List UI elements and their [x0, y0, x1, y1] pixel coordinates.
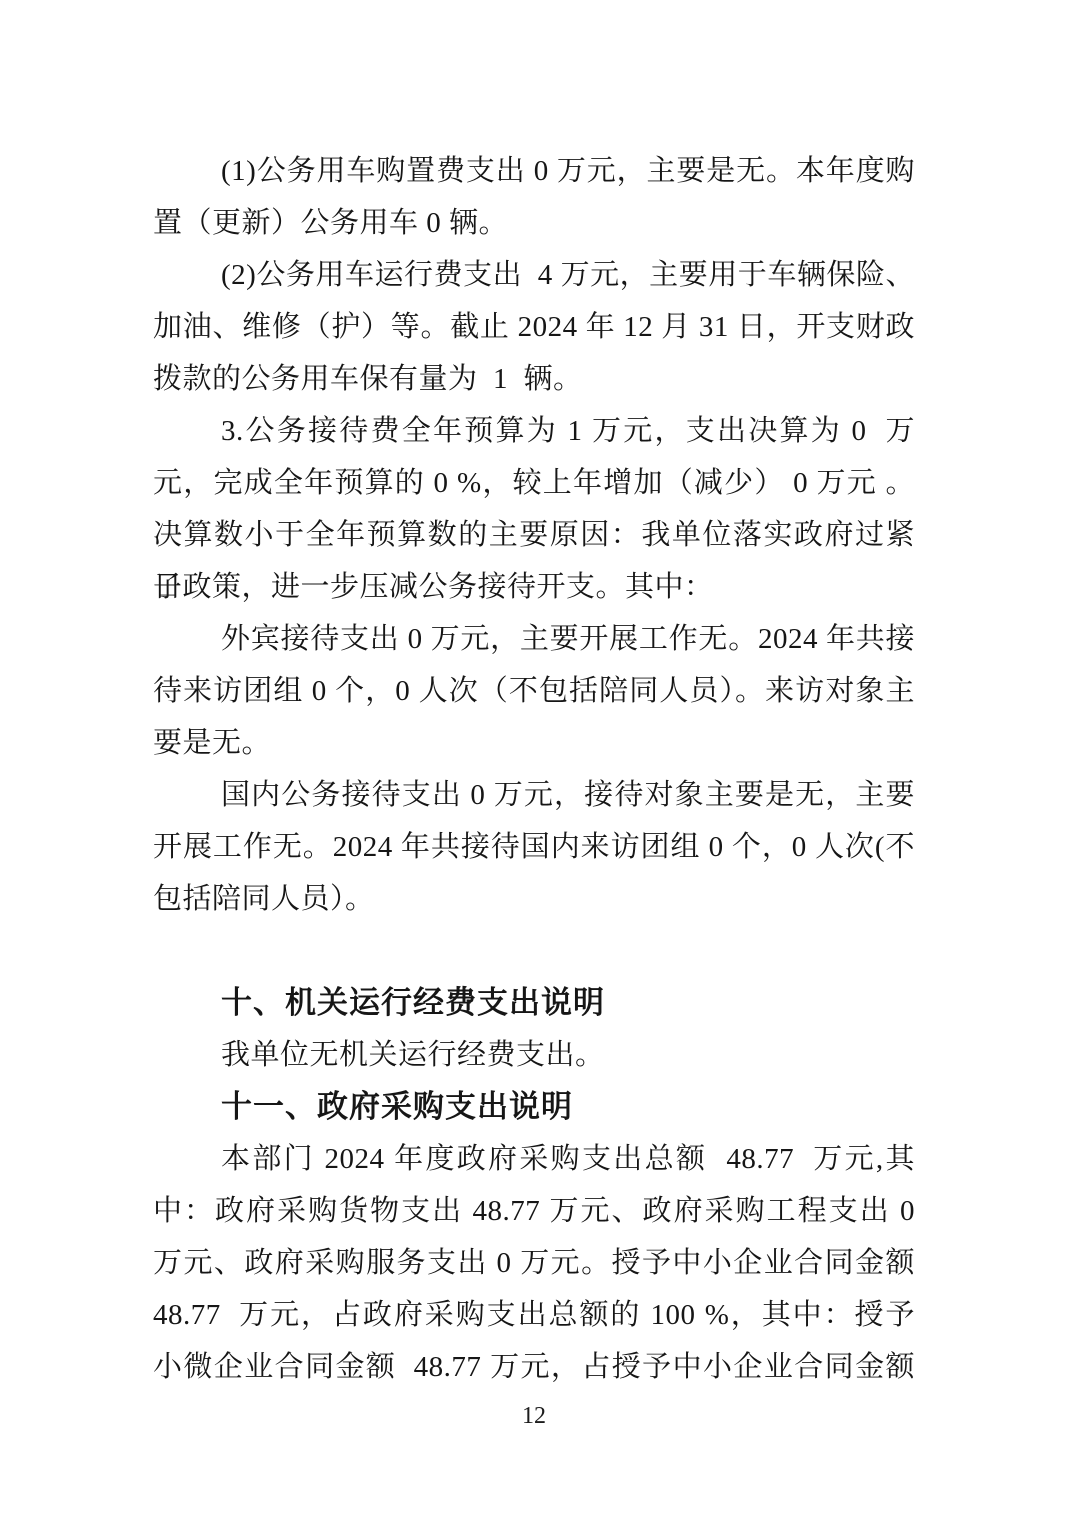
- text-line: 要是无。: [153, 717, 915, 769]
- paragraph-official-reception-budget: 3.公务接待费全年预算为 1 万元，支出决算为 0 万 元，完成全年预算的 0 …: [153, 405, 915, 613]
- text-line: 开展工作无。2024 年共接待国内来访团组 0 个，0 人次(不: [153, 821, 915, 873]
- text-line: 元，完成全年预算的 0 %，较上年增加（减少） 0 万元 。: [153, 457, 915, 509]
- section-11-heading: 十一、政府采购支出说明: [153, 1081, 915, 1133]
- document-page: (1)公务用车购置费支出 0 万元，主要是无。本年度购 置（更新）公务用车 0 …: [0, 0, 1074, 1520]
- blank-line: [153, 925, 915, 977]
- text-line: 加油、维修（护）等。截止 2024 年 12 月 31 日，开支财政: [153, 301, 915, 353]
- paragraph-domestic-reception: 国内公务接待支出 0 万元，接待对象主要是无，主要 开展工作无。2024 年共接…: [153, 769, 915, 925]
- text-line: 子政策，进一步压减公务接待开支。其中：: [153, 561, 915, 613]
- text-line: (2)公务用车运行费支出 4 万元，主要用于车辆保险、: [153, 249, 915, 301]
- text-line: 3.公务接待费全年预算为 1 万元，支出决算为 0 万: [153, 405, 915, 457]
- text-line: 本部门 2024 年度政府采购支出总额 48.77 万元,其: [153, 1133, 915, 1185]
- text-line: 万元、政府采购服务支出 0 万元。授予中小企业合同金额: [153, 1237, 915, 1289]
- text-line: 决算数小于全年预算数的主要原因：我单位落实政府过紧日: [153, 509, 915, 561]
- text-line: (1)公务用车购置费支出 0 万元，主要是无。本年度购: [153, 145, 915, 197]
- paragraph-government-procurement: 本部门 2024 年度政府采购支出总额 48.77 万元,其 中：政府采购货物支…: [153, 1133, 915, 1393]
- text-line: 外宾接待支出 0 万元，主要开展工作无。2024 年共接: [153, 613, 915, 665]
- paragraph-official-vehicle-operation: (2)公务用车运行费支出 4 万元，主要用于车辆保险、 加油、维修（护）等。截止…: [153, 249, 915, 405]
- paragraph-foreign-guest-reception: 外宾接待支出 0 万元，主要开展工作无。2024 年共接 待来访团组 0 个，0…: [153, 613, 915, 769]
- paragraph-official-vehicle-purchase: (1)公务用车购置费支出 0 万元，主要是无。本年度购 置（更新）公务用车 0 …: [153, 145, 915, 249]
- text-line: 小微企业合同金额 48.77 万元，占授予中小企业合同金额: [153, 1341, 915, 1393]
- text-line: 国内公务接待支出 0 万元，接待对象主要是无，主要: [153, 769, 915, 821]
- text-line: 待来访团组 0 个，0 人次（不包括陪同人员）。来访对象主: [153, 665, 915, 717]
- text-line: 中：政府采购货物支出 48.77 万元、政府采购工程支出 0: [153, 1185, 915, 1237]
- page-number: 12: [153, 1401, 915, 1431]
- text-line: 48.77 万元，占政府采购支出总额的 100 %，其中：授予: [153, 1289, 915, 1341]
- section-10-body: 我单位无机关运行经费支出。: [153, 1029, 915, 1081]
- text-line: 置（更新）公务用车 0 辆。: [153, 197, 915, 249]
- text-line: 包括陪同人员）。: [153, 873, 915, 925]
- text-line: 拨款的公务用车保有量为 1 辆。: [153, 353, 915, 405]
- section-10-heading: 十、机关运行经费支出说明: [153, 977, 915, 1029]
